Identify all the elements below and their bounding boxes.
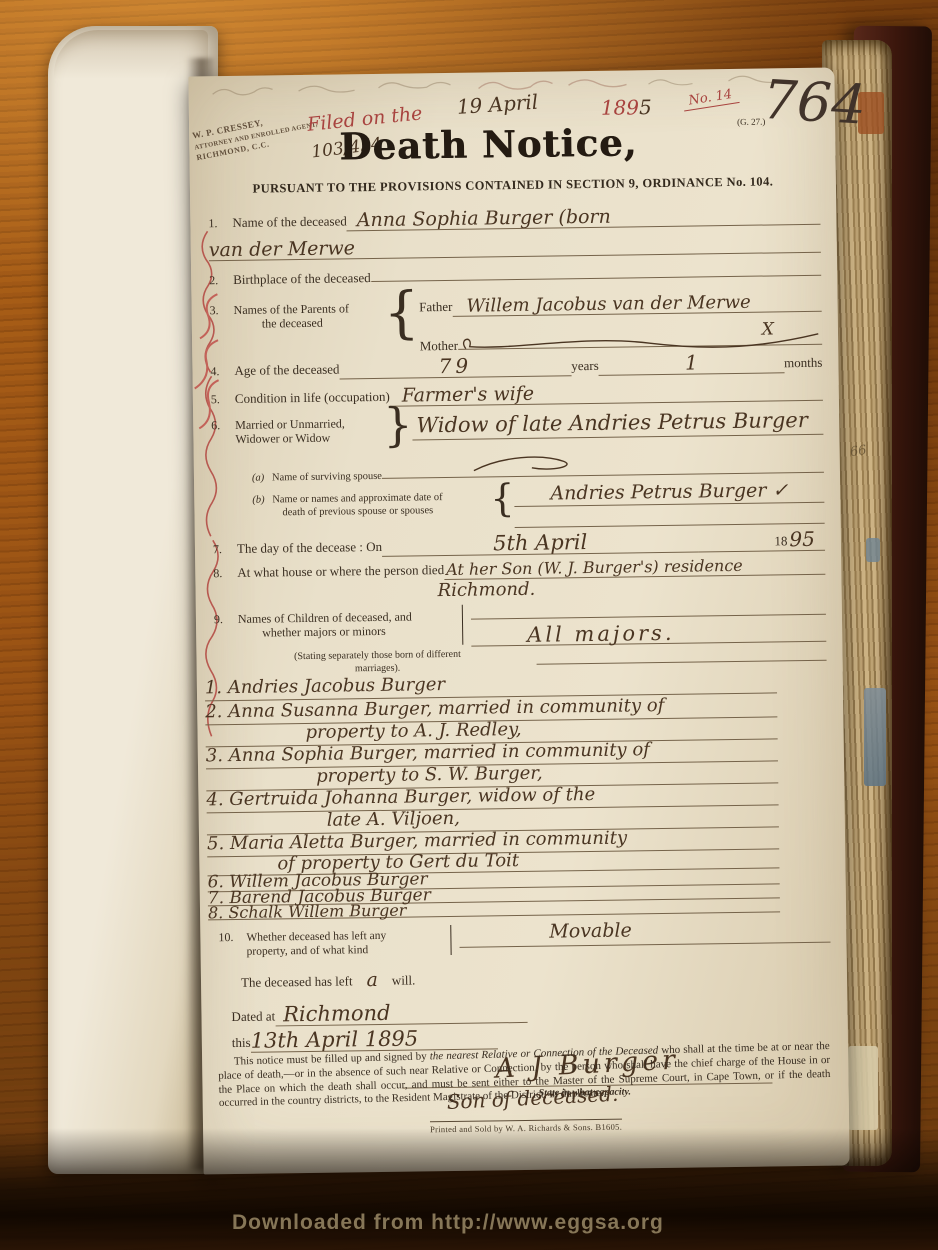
form-subtitle: PURSUANT TO THE PROVISIONS CONTAINED IN … (190, 174, 836, 198)
child-entry: late A. Viljoen, (327, 810, 460, 830)
page-edge-blue-patch-small (866, 538, 880, 562)
mother-x-mark: X (762, 321, 774, 338)
field-number: 8. (213, 566, 237, 581)
field-label: Name of the deceased (232, 213, 347, 231)
child-entry: property to S. W. Burger, (316, 765, 543, 786)
previous-spouse-value: Andries Petrus Burger ✓ (550, 481, 788, 503)
spouse-line-flourish-icon (472, 453, 592, 475)
children-note-blank-line (536, 646, 826, 665)
field-number: 5. (211, 392, 235, 407)
children-label-2: whether majors or minors (262, 624, 386, 640)
will-prefix: The deceased has left (241, 973, 353, 991)
dated-date-value: 13th April 1895 (250, 1028, 418, 1051)
children-majors-value: All majors. (527, 623, 675, 646)
property-label-1: Whether deceased has left any (246, 930, 386, 944)
this-label: this (232, 1035, 251, 1051)
field-label: Birthplace of the deceased (233, 270, 371, 288)
children-note-2: marriages). (355, 662, 400, 674)
dated-place-value: Richmond (283, 1003, 391, 1025)
field-label: At what house or where the person died (237, 562, 444, 581)
field-parents: 3. Names of the Parents ofthe deceased {… (209, 288, 822, 358)
filed-year: 1895 (601, 96, 652, 119)
decease-date-value: 5th April (493, 532, 587, 554)
field-number: 6. (211, 418, 235, 433)
death-notice-page: W. P. CRESSEY, ATTORNEY AND ENROLLED AGE… (188, 68, 849, 1175)
year-printed-18: 18 (774, 533, 787, 548)
child-entry: 3. Anna Sophia Burger, married in commun… (206, 741, 650, 765)
field-children: 9. Names of Children of deceased, andwhe… (214, 598, 827, 651)
property-value: Movable (549, 921, 632, 941)
field-label: Age of the deceased (234, 361, 339, 378)
field-name-of-deceased: 1. Name of the deceased Anna Sophia Burg… (208, 204, 820, 234)
field-number: 4. (210, 364, 234, 379)
child-entry: 8. Schalk Willem Burger (208, 903, 407, 922)
will-line: The deceased has left a will. (241, 964, 831, 991)
prev-spouse-label-2: death of previous spouse or spouses (282, 505, 433, 518)
property-label-2: property, and of what kind (247, 944, 369, 958)
field-label: The day of the decease : On (237, 539, 382, 557)
marital-label-1: Married or Unmarried, (235, 416, 345, 432)
field-name-of-deceased-line2: van der Merwe (209, 232, 821, 262)
age-years-value: 79 (438, 356, 472, 376)
months-label: months (784, 355, 823, 372)
dated-at-label: Dated at (231, 1008, 275, 1025)
field-marital-status: 6. Married or Unmarried,Widower or Widow… (211, 404, 823, 447)
occupation-value: Farmer's wife (402, 385, 535, 406)
watermark-text: Downloaded from http://www.eggsa.org (232, 1211, 664, 1235)
field-number: 2. (209, 273, 233, 288)
field-number: 1. (208, 216, 232, 231)
edge-pencil-mark: 66 (849, 443, 867, 460)
years-label: years (571, 358, 599, 374)
sub-field-letter: (a) (252, 472, 272, 483)
child-entry: 4. Gertruida Johanna Burger, widow of th… (206, 786, 595, 809)
child-entry: 1. Andries Jacobus Burger (205, 676, 445, 697)
previous-spouse-blank-line (515, 503, 825, 528)
field-previous-spouse: (b) Name or names and approximate date o… (252, 480, 825, 532)
folio-number: 764 (761, 73, 867, 133)
marital-label-2: Widower or Widow (235, 431, 330, 446)
deceased-name-value: Anna Sophia Burger (born (357, 208, 611, 231)
deceased-name-value2: van der Merwe (209, 239, 355, 260)
field-property: 10. Whether deceased has left anypropert… (218, 918, 830, 960)
parents-label-1: Names of the Parents of (234, 301, 349, 317)
field-label: Condition in life (occupation) (235, 389, 390, 407)
children-note-1: (Stating separately those born of differ… (294, 649, 461, 662)
filed-year-red: 189 (601, 97, 639, 118)
field-day-of-decease: 7. The day of the decease : On 5th April… (213, 528, 825, 560)
dated-at-line: Dated at Richmond (231, 1000, 527, 1027)
field-birthplace: 2. Birthplace of the deceased (209, 264, 821, 289)
field-number: 7. (213, 542, 237, 557)
prev-spouse-label-1: Name or names and approximate date of (272, 492, 442, 505)
age-months-value: 1 (685, 352, 698, 372)
will-suffix: will. (392, 972, 416, 988)
father-name-value: Willem Jacobus van der Merwe (466, 294, 751, 316)
photograph-of-death-notice: 66 W. P. CRESSEY, ATTORNEY AND ENROLLED … (0, 0, 938, 1250)
birthplace-blank-line (371, 275, 821, 282)
filed-date: 19 April (456, 92, 539, 117)
field-number: 3. (210, 303, 234, 318)
property-brace (450, 925, 451, 955)
sub-field-letter: (b) (252, 494, 272, 505)
child-entry: 2. Anna Susanna Burger, married in commu… (205, 697, 664, 721)
marital-status-value: Widow of late Andries Petrus Burger (416, 410, 808, 436)
will-value: a (352, 971, 392, 991)
field-label: Name of surviving spouse (272, 471, 382, 484)
parents-label-2: the deceased (262, 316, 323, 331)
place-of-death-value: At her Son (W. J. Burger's) residence (446, 558, 743, 578)
child-entry: property to A. J. Redley, (305, 721, 521, 742)
page-edge-light-patch (848, 1046, 878, 1130)
father-label: Father (419, 299, 452, 315)
filed-year-dark: 5 (639, 97, 652, 117)
children-brace (462, 605, 464, 645)
field-number: 9. (214, 612, 238, 627)
children-note: (Stating separately those born of differ… (252, 648, 502, 676)
year-written-value: 95 (789, 529, 815, 549)
field-number: 10. (218, 930, 246, 945)
form-title: Death Notice, (339, 120, 638, 168)
place-of-death-value2: Richmond. (437, 581, 535, 600)
page-edge-blue-patch (864, 688, 886, 786)
mother-label: Mother (420, 338, 459, 355)
